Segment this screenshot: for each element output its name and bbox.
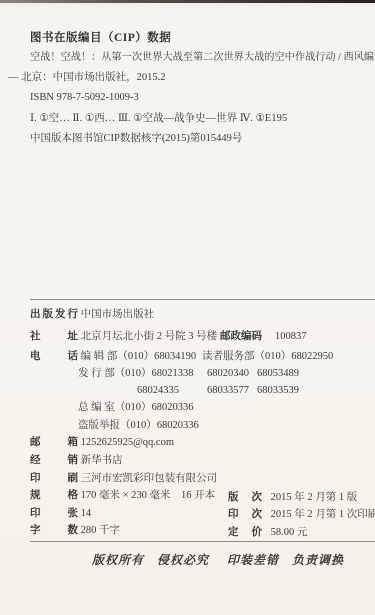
cip-record-number-line: 中国版本图书馆CIP数据核字(2015)第015449号 [30, 129, 375, 149]
phone-number: 68020340 [207, 366, 249, 382]
cip-publisher-line: — 北京：中国市场出版社，2015.2 [8, 68, 375, 88]
row-label: 版次 [228, 489, 262, 507]
row-value: 170 毫米 × 230 毫米 16 开本 [81, 490, 216, 501]
row-label: 经销 [30, 452, 78, 470]
divider-bottom [30, 541, 375, 542]
row-address: 社址 北京月坛北小街 2 号院 3 号楼 邮政编码 100837 [30, 326, 375, 348]
reader-service-phone: 读者服务部（010）68022950 [202, 348, 333, 366]
row-value: 58.00 元 [271, 527, 308, 538]
row-value: 盗版举报（010）68020336 [78, 420, 199, 431]
phone-number: 68024335 [137, 382, 179, 400]
row-label: 邮箱 [30, 434, 78, 452]
cip-header: 图书在版编目（CIP）数据 [30, 28, 375, 48]
row-publisher: 出版发行 中国市场出版社 [30, 304, 375, 326]
copyright-slogan: 版权所有 侵权必究印装差错 负责调换 [92, 551, 375, 568]
row-phone-piracy-report: 盗版举报（010）68020336 [30, 417, 375, 435]
row-value: 2015 年 2 月第 1 版 [271, 492, 358, 503]
row-value: 2015 年 2 月第 1 次印刷 [271, 509, 375, 520]
postcode-value: 100837 [275, 326, 307, 348]
row-printing: 印次 2015 年 2 月第 1 次印刷 [228, 506, 375, 524]
colophon-right-column: 版次 2015 年 2 月第 1 版 印次 2015 年 2 月第 1 次印刷 … [228, 489, 375, 542]
book-copyright-page: { "cip": { "header": "图书在版编目（CIP）数据", "t… [0, 0, 375, 615]
row-phone-distribution-2: 68024335 68033577 68033539 [30, 382, 375, 400]
cip-isbn-line: ISBN 978-7-5092-1009-3 [30, 88, 375, 108]
row-price: 定价 58.00 元 [228, 524, 375, 542]
phone-number: 68053489 [257, 366, 299, 382]
cip-data-block: 图书在版编目（CIP）数据 空战！空战！：从第一次世界大战至第二次世界大战的空中… [30, 28, 375, 149]
row-value: 总 编 室（010）68020336 [78, 402, 194, 413]
row-edition: 版次 2015 年 2 月第 1 版 [228, 489, 375, 507]
row-label: 出版发行 [30, 304, 78, 326]
slogan-right: 印装差错 负责调换 [227, 553, 344, 567]
row-value: 280 千字 [81, 525, 120, 536]
slogan-left: 版权所有 侵权必究 [92, 553, 209, 567]
row-label: 印次 [228, 506, 262, 524]
row-value: 编 辑 部（010）68034190 [81, 351, 197, 362]
scan-edge-shadow [0, 0, 375, 3]
row-label: 字数 [30, 522, 78, 540]
row-value: 14 [81, 508, 92, 519]
row-label: 规格 [30, 487, 78, 505]
row-label: 定价 [228, 524, 262, 542]
row-value: 三河市宏凯彩印包装有限公司 [81, 473, 218, 484]
row-value: 发 行 部（010）68021338 [78, 368, 194, 379]
row-phone-distribution: 发 行 部（010）68021338 68020340 68053489 [30, 366, 375, 382]
row-distributor: 经销 新华书店 [30, 452, 375, 470]
phone-number: 68033577 [207, 382, 249, 400]
cip-title-line: 空战！空战！：从第一次世界大战至第二次世界大战的空中作战行动 / 西风编著. [30, 48, 375, 68]
row-label: 电话 [30, 348, 78, 366]
row-phone-editorial: 电话 编 辑 部（010）68034190 读者服务部（010）68022950 [30, 348, 375, 366]
cip-classification-line: Ⅰ. ①空… Ⅱ. ①西… Ⅲ. ①空战—战争史—世界 Ⅳ. ①E195 [30, 109, 375, 129]
row-label: 社址 [30, 326, 78, 348]
row-label: 印刷 [30, 470, 78, 488]
row-email: 邮箱 1252625925@qq.com [30, 434, 375, 452]
email-value: 1252625925@qq.com [81, 437, 174, 448]
row-label: 印张 [30, 505, 78, 523]
phone-number: 68033539 [257, 382, 299, 400]
divider-top [30, 299, 375, 300]
postcode-label: 邮政编码 [220, 326, 262, 348]
row-phone-editor-office: 总 编 室（010）68020336 [30, 399, 375, 417]
row-printer: 印刷 三河市宏凯彩印包装有限公司 [30, 470, 375, 488]
row-value: 中国市场出版社 [81, 309, 155, 320]
row-value: 北京月坛北小街 2 号院 3 号楼 [81, 331, 218, 342]
row-value: 新华书店 [81, 455, 123, 466]
